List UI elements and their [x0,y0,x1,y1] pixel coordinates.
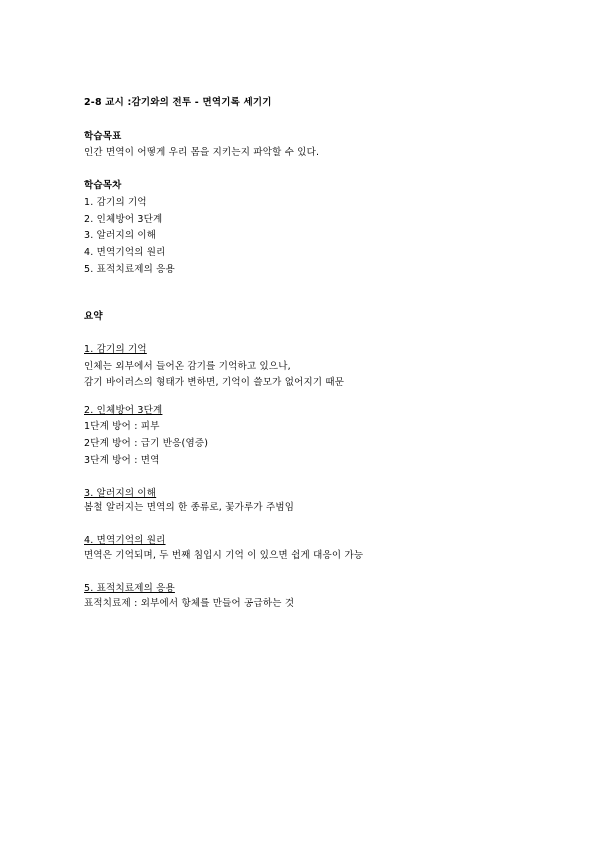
objective-heading: 학습목표 [84,131,122,143]
summary-line: 감기 바이러스의 형태가 변하면, 기억이 쓸모가 없어지기 때문 [84,377,344,389]
summary-heading: 요약 [84,311,103,323]
summary-line: 인체는 외부에서 들어온 감기를 기억하고 있으나, [84,361,291,373]
summary-line: 봄철 알러지는 면역의 한 종류로, 꽃가루가 주범임 [84,502,294,514]
contents-item: 4. 면역기억의 원리 [84,247,166,259]
summary-section-title: 4. 면역기억의 원리 [84,535,166,547]
summary-section-title: 5. 표적치료제의 응용 [84,583,175,595]
summary-line: 표적치료제 : 외부에서 항체를 만들어 공급하는 것 [84,598,294,610]
contents-item: 1. 감기의 기억 [84,197,147,209]
contents-item: 2. 인체방어 3단계 [84,214,162,226]
document-title: 2-8 교시 :감기와의 전투 - 면역기록 세기기 [84,97,272,109]
summary-section-title: 3. 알러지의 이해 [84,488,156,500]
summary-line: 2단계 방어 : 급기 반응(염증) [84,438,208,450]
summary-line: 면역은 기억되며, 두 번째 침입시 기억 이 있으면 쉽게 대응이 가능 [84,550,363,562]
contents-heading: 학습목차 [84,180,122,192]
summary-section-title: 2. 인체방어 3단계 [84,405,162,417]
objective-text: 인간 면역이 어떻게 우리 몸을 지키는지 파악할 수 있다. [84,147,319,159]
contents-item: 3. 알러지의 이해 [84,230,156,242]
summary-line: 1단계 방어 : 피부 [84,421,160,433]
summary-line: 3단계 방어 : 면역 [84,455,160,467]
summary-section-title: 1. 감기의 기억 [84,344,147,356]
contents-item: 5. 표적치료제의 응용 [84,264,175,276]
